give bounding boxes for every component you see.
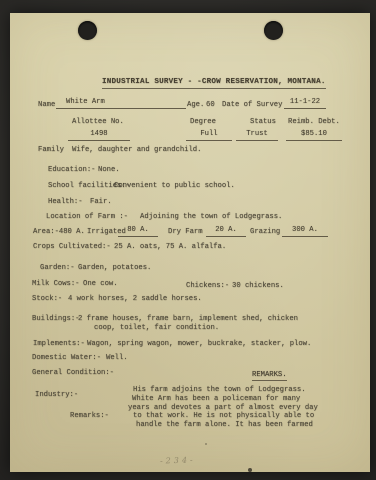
paper-speck (248, 468, 252, 472)
remarks-label: Remarks:- (70, 413, 109, 420)
family-label: Family (38, 147, 64, 154)
health-value: Fair. (90, 199, 112, 206)
milk-cows-label: Milk Cows:- (32, 281, 79, 288)
degree-value: Full (186, 131, 232, 141)
form-title: INDUSTRIAL SURVEY - -CROW RESERVATION, M… (102, 79, 326, 89)
domestic-water-value: Well. (106, 355, 128, 362)
crops-value: 25 A. oats, 75 A. alfalfa. (114, 244, 226, 251)
remarks-line-1: His farm adjoins the town of Lodgegrass. (133, 387, 306, 394)
education-label: Education:- (48, 167, 95, 174)
name-label: Name (38, 102, 55, 109)
chickens-label: Chickens:- (186, 283, 229, 290)
domestic-water-label: Domestic Water:- (32, 355, 101, 362)
name-value: White Arm (56, 99, 186, 109)
family-value: Wife, daughter and grandchild. (72, 147, 201, 154)
milk-cows-value: One cow. (83, 281, 118, 288)
stock-value: 4 work horses, 2 saddle horses. (68, 296, 202, 303)
buildings-value-line2: coop, toilet, fair condition. (94, 325, 219, 332)
page-number: -234- (160, 456, 196, 465)
crops-label: Crops Cultivated:- (33, 244, 111, 251)
survey-date-value: 11-1-22 (284, 99, 326, 109)
general-condition-label: General Condition:- (32, 370, 114, 377)
grazing-label: Grazing (250, 229, 280, 236)
remarks-line-2: White Arm has been a policeman for many (132, 396, 300, 403)
paper-speck (205, 443, 207, 445)
status-label: Status (250, 119, 276, 126)
farm-location-value: Adjoining the town of Lodgegrass. (140, 214, 282, 221)
degree-label: Degree (190, 119, 216, 126)
remarks-line-4: to that work. He is not physically able … (133, 413, 314, 420)
grazing-value: 300 A. (282, 227, 328, 237)
allottee-label: Allottee No. (72, 119, 124, 126)
implements-value: Wagon, spring wagon, mower, buckrake, st… (87, 341, 311, 348)
irrigated-value: 80 A. (118, 227, 158, 237)
garden-value: Garden, potatoes. (78, 265, 151, 272)
education-value: None. (98, 167, 120, 174)
garden-label: Garden:- (40, 265, 75, 272)
dry-farm-value: 20 A. (206, 227, 246, 237)
stock-label: Stock:- (32, 296, 62, 303)
age-value: 60 (206, 102, 215, 109)
remarks-line-5: handle the farm alone. It has been farme… (136, 422, 313, 429)
school-facilities-value: Convenient to public school. (114, 183, 235, 190)
reimb-debt-value: $85.10 (286, 131, 342, 141)
health-label: Health:- (48, 199, 83, 206)
punch-hole-left-icon (78, 21, 97, 40)
punch-hole-right-icon (264, 21, 283, 40)
reimb-debt-label: Reimb. Debt. (288, 119, 340, 126)
buildings-value-line1: 2 frame houses, frame barn, implement sh… (78, 316, 298, 323)
scanned-document-photo: INDUSTRIAL SURVEY - -CROW RESERVATION, M… (0, 0, 376, 480)
area-label: Area:-480 A. (33, 229, 85, 236)
dry-farm-label: Dry Farm (168, 229, 203, 236)
farm-location-label: Location of Farm :- (46, 214, 128, 221)
status-value: Trust (236, 131, 278, 141)
allottee-value: 1498 (68, 131, 130, 141)
remarks-heading: REMARKS. (252, 372, 287, 381)
buildings-label: Buildings:- (32, 316, 79, 323)
age-label: Age. (187, 102, 204, 109)
chickens-value: 30 chickens. (232, 283, 284, 290)
implements-label: Implements:- (33, 341, 85, 348)
survey-date-label: Date of Survey (222, 102, 282, 109)
survey-form-page: INDUSTRIAL SURVEY - -CROW RESERVATION, M… (10, 13, 370, 472)
industry-label: Industry:- (35, 392, 78, 399)
